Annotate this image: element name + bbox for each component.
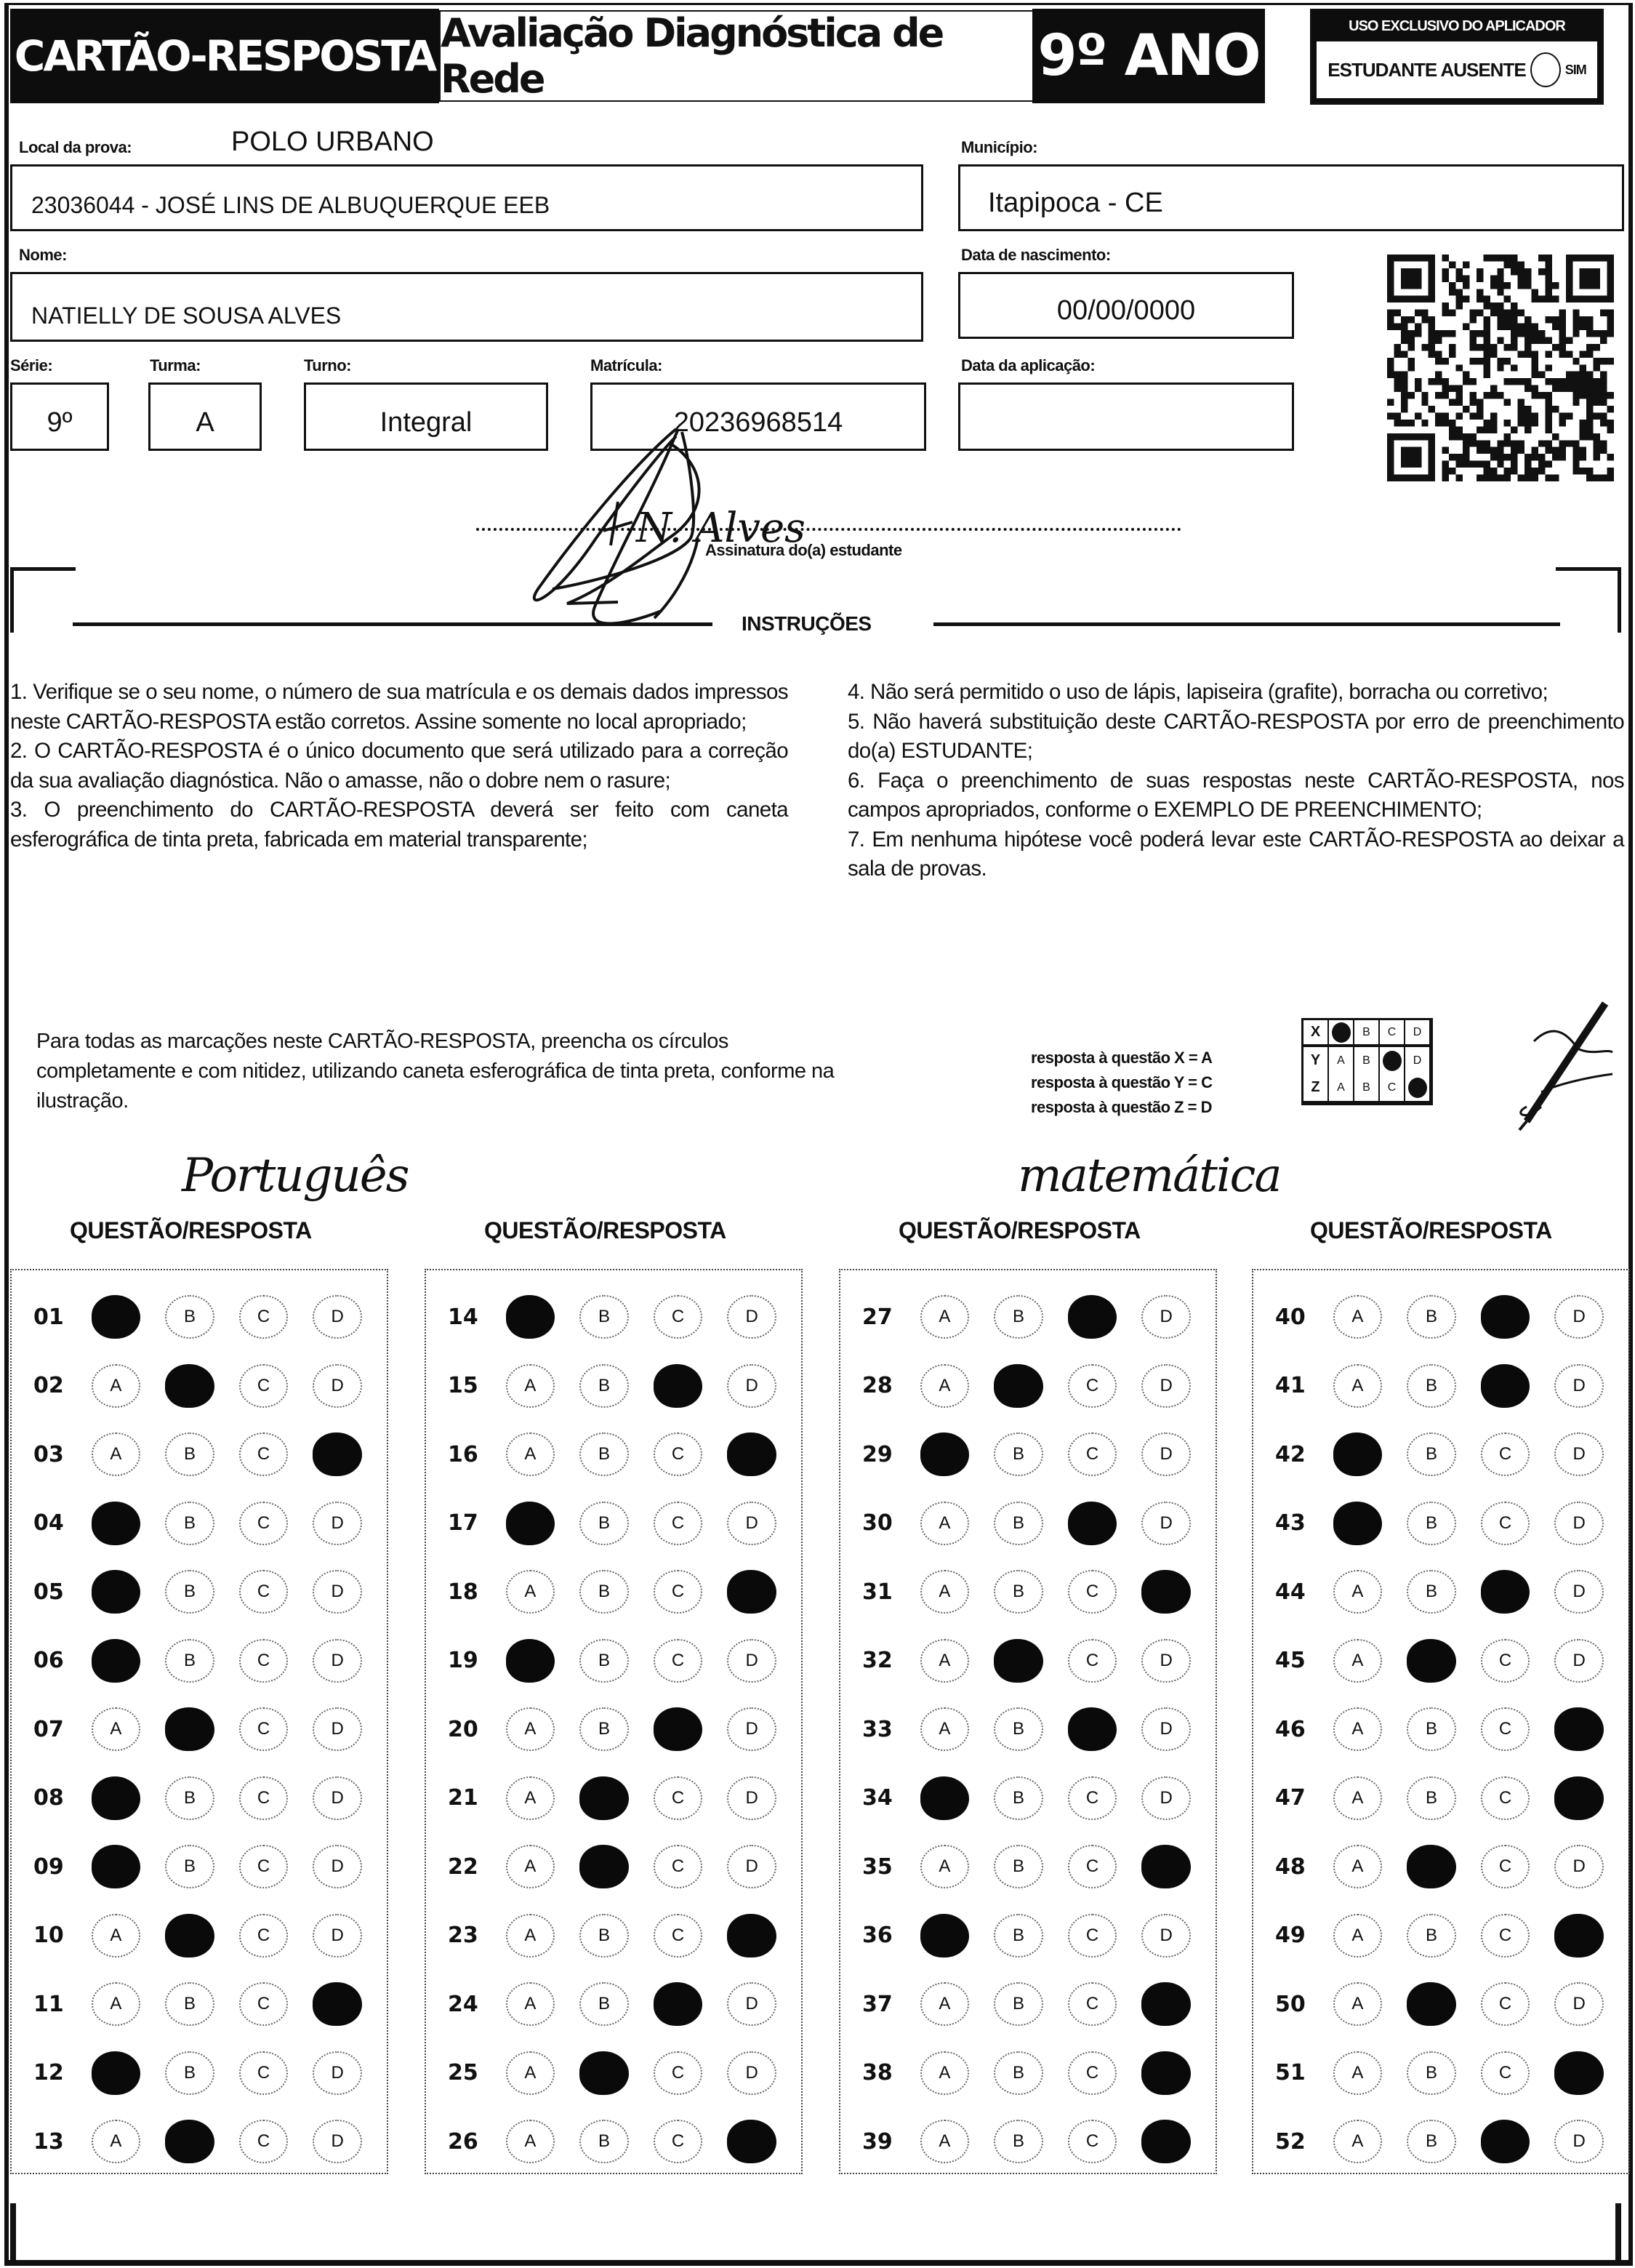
answer-bubble-d[interactable]: D (1554, 2120, 1604, 2163)
question-number: 41 (1253, 1373, 1333, 1398)
answer-bubble-c[interactable]: C (654, 1914, 703, 1958)
answer-bubble-b[interactable]: B (994, 1982, 1043, 2026)
answer-bubble-c[interactable]: C (654, 1295, 703, 1339)
answer-bubble-c[interactable]: C (239, 1982, 289, 2026)
answer-bubble-d[interactable]: D (727, 1570, 776, 1614)
answer-bubble-a[interactable]: A (920, 1432, 970, 1476)
answer-bubble-d[interactable]: D (1554, 1914, 1604, 1958)
answer-bubble-b[interactable]: B (994, 1364, 1043, 1408)
answer-bubble-b[interactable]: B (1407, 1639, 1456, 1683)
question-number: 33 (840, 1717, 920, 1742)
answer-bubble-a[interactable]: A (92, 2051, 141, 2095)
answer-bubble-b[interactable]: B (994, 2120, 1043, 2163)
answer-bubble-d[interactable]: D (727, 1982, 776, 2026)
answer-bubble-c[interactable]: C (239, 1845, 289, 1888)
question-row: 48ABCD (1253, 1845, 1628, 1888)
answer-bubble-c[interactable]: C (239, 1295, 289, 1339)
answer-bubble-d[interactable]: D (1141, 2051, 1191, 2095)
answer-bubble-c[interactable]: C (1068, 1570, 1117, 1614)
question-number: 49 (1253, 1923, 1333, 1948)
answer-bubble-a[interactable]: A (1333, 1432, 1383, 1476)
turma-field: A (148, 382, 262, 451)
answer-bubble-c[interactable]: C (239, 2051, 289, 2095)
question-number: 03 (12, 1442, 92, 1467)
qr-code (1387, 255, 1614, 481)
answer-bubble-a[interactable]: A (920, 1914, 970, 1958)
answer-bubble-b[interactable]: B (579, 1502, 629, 1545)
answer-bubble-b[interactable]: B (165, 1570, 214, 1614)
question-number: 28 (840, 1373, 920, 1398)
answer-bubble-a[interactable]: A (506, 1707, 555, 1751)
answer-bubble-d[interactable]: D (313, 1502, 362, 1545)
answer-bubble-c[interactable]: C (239, 2120, 289, 2163)
answer-bubble-d[interactable]: D (727, 1914, 776, 1958)
answer-bubble-d[interactable]: D (313, 1570, 362, 1614)
example-label-z: resposta à questão Z = D (1031, 1095, 1212, 1120)
answer-bubble-a[interactable]: A (920, 1502, 970, 1545)
answer-bubble-a[interactable]: A (92, 1364, 141, 1408)
municipio-field: Itapipoca - CE (958, 164, 1624, 231)
answer-bubble-a[interactable]: A (92, 1432, 141, 1476)
fill-instructions: Para todas as marcações neste CARTÃO-RES… (36, 1027, 865, 1116)
answer-bubble-c[interactable]: C (1068, 1845, 1117, 1888)
answer-bubble-d[interactable]: D (1141, 1432, 1191, 1476)
answer-bubble-a[interactable]: A (920, 1845, 970, 1888)
answer-bubble-d[interactable]: D (727, 1707, 776, 1751)
example-cell: D (1405, 1020, 1431, 1047)
question-number: 08 (12, 1785, 92, 1811)
answer-bubble-b[interactable]: B (994, 1707, 1043, 1751)
question-row: 26ABCD (426, 2120, 801, 2163)
absent-bubble[interactable] (1530, 52, 1561, 87)
answer-bubble-b[interactable]: B (165, 2120, 214, 2163)
answer-bubble-a[interactable]: A (920, 2051, 970, 2095)
answer-bubble-b[interactable]: B (994, 1295, 1043, 1339)
answer-bubble-a[interactable]: A (92, 1570, 141, 1614)
question-number: 31 (840, 1579, 920, 1605)
instruction-1: 1. Verifique se o seu nome, o número de … (10, 678, 788, 737)
answer-bubble-a[interactable]: A (1333, 1845, 1383, 1888)
question-number: 51 (1253, 2060, 1333, 2085)
answer-bubble-a[interactable]: A (1333, 1295, 1383, 1339)
question-number: 14 (426, 1305, 506, 1330)
answer-bubble-b[interactable]: B (579, 1364, 629, 1408)
answer-bubble-c[interactable]: C (1481, 1707, 1530, 1751)
answer-bubble-c[interactable]: C (1068, 1914, 1117, 1958)
answer-bubble-b[interactable]: B (579, 1776, 629, 1820)
instruction-2: 2. O CARTÃO-RESPOSTA é o único documento… (10, 737, 788, 796)
answer-bubble-a[interactable]: A (1333, 1707, 1383, 1751)
answer-bubble-d[interactable]: D (1554, 1707, 1604, 1751)
answer-bubble-c[interactable]: C (654, 1707, 703, 1751)
instruction-6: 6. Faça o preenchimento de suas resposta… (848, 766, 1624, 825)
answer-bubble-b[interactable]: B (579, 2051, 629, 2095)
answer-bubble-d[interactable]: D (727, 1845, 776, 1888)
answer-bubble-b[interactable]: B (165, 1982, 214, 2026)
answer-bubble-b[interactable]: B (1407, 1570, 1456, 1614)
question-row: 20ABCD (426, 1707, 801, 1751)
answer-bubble-b[interactable]: B (165, 1639, 214, 1683)
answer-bubble-d[interactable]: D (1141, 1845, 1191, 1888)
answer-bubble-d[interactable]: D (313, 1776, 362, 1820)
answer-bubble-d[interactable]: D (1141, 1914, 1191, 1958)
answer-bubble-a[interactable]: A (92, 2120, 141, 2163)
answer-bubble-c[interactable]: C (239, 1707, 289, 1751)
answer-bubble-b[interactable]: B (1407, 1295, 1456, 1339)
answer-bubble-c[interactable]: C (1481, 1502, 1530, 1545)
answer-bubble-c[interactable]: C (1481, 2051, 1530, 2095)
answer-bubble-b[interactable]: B (1407, 1364, 1456, 1408)
corner-mark-bl (10, 2203, 16, 2261)
answer-bubble-a[interactable]: A (506, 1776, 555, 1820)
question-number: 11 (12, 1992, 92, 2017)
answer-bubble-a[interactable]: A (92, 1982, 141, 2026)
answer-bubble-d[interactable]: D (1554, 1982, 1604, 2026)
answer-bubble-b[interactable]: B (994, 1432, 1043, 1476)
answer-bubble-b[interactable]: B (994, 1845, 1043, 1888)
question-row: 06ABCD (12, 1639, 387, 1683)
answer-bubble-b[interactable]: B (994, 1914, 1043, 1958)
answer-bubble-a[interactable]: A (1333, 1639, 1383, 1683)
answer-bubble-c[interactable]: C (1481, 1364, 1530, 1408)
answer-bubble-d[interactable]: D (727, 1432, 776, 1476)
answer-bubble-c[interactable]: C (1481, 1432, 1530, 1476)
answer-bubble-a[interactable]: A (506, 1914, 555, 1958)
answer-bubble-a[interactable]: A (920, 1295, 970, 1339)
answer-bubble-d[interactable]: D (1554, 2051, 1604, 2095)
answer-bubble-b[interactable]: B (579, 1639, 629, 1683)
question-row: 45ABCD (1253, 1639, 1628, 1683)
serie-field: 9º (10, 382, 109, 451)
answer-bubble-d[interactable]: D (1141, 1776, 1191, 1820)
column-header-2: QUESTÃO/RESPOSTA (484, 1217, 726, 1244)
question-row: 13ABCD (12, 2120, 387, 2163)
answer-bubble-c[interactable]: C (1068, 1639, 1117, 1683)
absent-option-label: SIM (1565, 63, 1586, 78)
answer-bubble-a[interactable]: A (920, 1639, 970, 1683)
answer-bubble-c[interactable]: C (1481, 1570, 1530, 1614)
answer-bubble-a[interactable]: A (920, 1364, 970, 1408)
answer-bubble-d[interactable]: D (1554, 1295, 1604, 1339)
serie-label: Série: (10, 356, 52, 375)
answer-bubble-d[interactable]: D (727, 1364, 776, 1408)
matricula-label: Matrícula: (590, 356, 662, 375)
instructions-left: 1. Verifique se o seu nome, o número de … (10, 678, 788, 854)
answer-bubble-c[interactable]: C (239, 1570, 289, 1614)
answer-bubble-c[interactable]: C (1481, 1295, 1530, 1339)
example-cell: B (1354, 1047, 1380, 1074)
nome-label: Nome: (19, 246, 67, 265)
answer-bubble-b[interactable]: B (165, 1432, 214, 1476)
question-row: 04ABCD (12, 1502, 387, 1545)
answer-bubble-c[interactable]: C (1481, 1982, 1530, 2026)
question-number: 43 (1253, 1510, 1333, 1536)
question-row: 44ABCD (1253, 1570, 1628, 1614)
answer-bubble-b[interactable]: B (165, 1845, 214, 1888)
answer-bubble-a[interactable]: A (1333, 2051, 1383, 2095)
answer-bubble-b[interactable]: B (994, 1639, 1043, 1683)
answer-bubble-c[interactable]: C (1481, 1639, 1530, 1683)
signature-caption: Assinatura do(a) estudante (705, 541, 902, 560)
answer-bubble-a[interactable]: A (920, 1982, 970, 2026)
aplicador-box: USO EXCLUSIVO DO APLICADOR ESTUDANTE AUS… (1310, 9, 1604, 105)
turma-label: Turma: (150, 356, 201, 375)
answer-bubble-c[interactable]: C (1068, 1432, 1117, 1476)
answer-bubble-c[interactable]: C (1068, 1295, 1117, 1339)
question-row: 43ABCD (1253, 1502, 1628, 1545)
answer-bubble-d[interactable]: D (1141, 1639, 1191, 1683)
answer-bubble-a[interactable]: A (506, 1295, 555, 1339)
column-header-4: QUESTÃO/RESPOSTA (1310, 1217, 1552, 1244)
answer-bubble-b[interactable]: B (579, 1570, 629, 1614)
answer-bubble-b[interactable]: B (579, 1432, 629, 1476)
corner-mark-br (1615, 2203, 1621, 2261)
answer-bubble-a[interactable]: A (920, 2120, 970, 2163)
answer-bubble-d[interactable]: D (727, 2120, 776, 2163)
answer-bubble-a[interactable]: A (1333, 2120, 1383, 2163)
question-row: 35ABCD (840, 1845, 1216, 1888)
answer-bubble-a[interactable]: A (1333, 1914, 1383, 1958)
answer-bubble-c[interactable]: C (654, 2120, 703, 2163)
answer-bubble-b[interactable]: B (165, 1295, 214, 1339)
answer-bubble-a[interactable]: A (92, 1295, 141, 1339)
answer-bubble-a[interactable]: A (92, 1707, 141, 1751)
answer-bubble-d[interactable]: D (313, 1845, 362, 1888)
signature-line (476, 528, 1181, 531)
question-row: 51ABCD (1253, 2051, 1628, 2095)
nascimento-field: 00/00/0000 (958, 272, 1294, 339)
answer-bubble-d[interactable]: D (727, 2051, 776, 2095)
answer-bubble-a[interactable]: A (1333, 1364, 1383, 1408)
answer-bubble-d[interactable]: D (313, 2120, 362, 2163)
answer-bubble-a[interactable]: A (1333, 1502, 1383, 1545)
answer-bubble-d[interactable]: D (1141, 1295, 1191, 1339)
answer-bubble-d[interactable]: D (1554, 1502, 1604, 1545)
instruction-4: 4. Não será permitido o uso de lápis, la… (848, 678, 1624, 708)
answer-bubble-b[interactable]: B (579, 1914, 629, 1958)
example-label-y: resposta à questão Y = C (1031, 1070, 1212, 1095)
answer-bubble-b[interactable]: B (579, 1845, 629, 1888)
answer-bubble-b[interactable]: B (165, 2051, 214, 2095)
question-row: 22ABCD (426, 1845, 801, 1888)
answer-bubble-c[interactable]: C (654, 1364, 703, 1408)
answer-bubble-c[interactable]: C (1481, 1914, 1530, 1958)
column-header-3: QUESTÃO/RESPOSTA (899, 1217, 1141, 1244)
answer-bubble-c[interactable]: C (239, 1432, 289, 1476)
answer-bubble-b[interactable]: B (165, 1364, 214, 1408)
question-number: 21 (426, 1785, 506, 1811)
answer-bubble-d[interactable]: D (727, 1776, 776, 1820)
answer-bubble-c[interactable]: C (239, 1364, 289, 1408)
answer-bubble-d[interactable]: D (1554, 1845, 1604, 1888)
answer-bubble-c[interactable]: C (654, 1776, 703, 1820)
answer-bubble-d[interactable]: D (313, 1707, 362, 1751)
answer-bubble-b[interactable]: B (579, 1707, 629, 1751)
answer-bubble-d[interactable]: D (1554, 1364, 1604, 1408)
answer-bubble-a[interactable]: A (506, 1570, 555, 1614)
answer-bubble-c[interactable]: C (239, 1502, 289, 1545)
answer-bubble-b[interactable]: B (1407, 1914, 1456, 1958)
question-row: 10ABCD (12, 1914, 387, 1958)
question-row: 50ABCD (1253, 1982, 1628, 2026)
answer-bubble-b[interactable]: B (579, 1982, 629, 2026)
answer-bubble-c[interactable]: C (654, 1570, 703, 1614)
question-row: 29ABCD (840, 1432, 1216, 1476)
answer-bubble-c[interactable]: C (654, 1639, 703, 1683)
question-number: 22 (426, 1854, 506, 1880)
answer-bubble-b[interactable]: B (165, 1707, 214, 1751)
question-row: 16ABCD (426, 1432, 801, 1476)
question-row: 30ABCD (840, 1502, 1216, 1545)
example-filled-bubble (1408, 1078, 1427, 1098)
example-row-key: Y (1303, 1047, 1329, 1074)
answer-bubble-a[interactable]: A (92, 1845, 141, 1888)
answer-bubble-a[interactable]: A (506, 1639, 555, 1683)
answer-bubble-c[interactable]: C (1068, 1502, 1117, 1545)
answer-bubble-c[interactable]: C (1068, 1707, 1117, 1751)
answer-bubble-b[interactable]: B (1407, 2120, 1456, 2163)
answer-bubble-b[interactable]: B (1407, 2051, 1456, 2095)
answer-bubble-b[interactable]: B (165, 1502, 214, 1545)
answer-bubble-a[interactable]: A (506, 1845, 555, 1888)
answer-bubble-d[interactable]: D (313, 1982, 362, 2026)
question-number: 05 (12, 1579, 92, 1605)
answer-bubble-d[interactable]: D (313, 1639, 362, 1683)
answer-bubble-c[interactable]: C (1481, 2120, 1530, 2163)
answer-bubble-d[interactable]: D (313, 1914, 362, 1958)
answer-bubble-a[interactable]: A (92, 1914, 141, 1958)
answer-bubble-a[interactable]: A (1333, 1776, 1383, 1820)
question-number: 35 (840, 1854, 920, 1880)
answer-bubble-b[interactable]: B (165, 1914, 214, 1958)
question-row: 42ABCD (1253, 1432, 1628, 1476)
answer-bubble-d[interactable]: D (1554, 1776, 1604, 1820)
answer-bubble-a[interactable]: A (506, 1982, 555, 2026)
local-label: Local da prova: (19, 138, 132, 157)
answer-bubble-c[interactable]: C (239, 1639, 289, 1683)
answer-bubble-b[interactable]: B (1407, 1432, 1456, 1476)
answer-bubble-d[interactable]: D (1141, 1570, 1191, 1614)
answer-bubble-a[interactable]: A (92, 1639, 141, 1683)
question-number: 02 (12, 1373, 92, 1398)
instructions-rule-right (933, 622, 1560, 626)
instructions-rule-left (73, 622, 712, 626)
answer-bubble-a[interactable]: A (506, 1502, 555, 1545)
answer-bubble-d[interactable]: D (1141, 1707, 1191, 1751)
answer-bubble-d[interactable]: D (727, 1502, 776, 1545)
answer-bubble-d[interactable]: D (1554, 1570, 1604, 1614)
answer-bubble-a[interactable]: A (506, 1364, 555, 1408)
example-row-key: X (1303, 1020, 1329, 1047)
local-value: POLO URBANO (231, 127, 434, 158)
answer-bubble-b[interactable]: B (994, 1502, 1043, 1545)
answer-bubble-b[interactable]: B (994, 1570, 1043, 1614)
question-number: 04 (12, 1510, 92, 1536)
answer-bubble-b[interactable]: B (1407, 1776, 1456, 1820)
question-row: 49ABCD (1253, 1914, 1628, 1958)
answer-bubble-d[interactable]: D (1141, 1502, 1191, 1545)
school-field: 23036044 - JOSÉ LINS DE ALBUQUERQUE EEB (10, 164, 923, 231)
answer-bubble-c[interactable]: C (1068, 1364, 1117, 1408)
answer-bubble-d[interactable]: D (313, 2051, 362, 2095)
answer-bubble-c[interactable]: C (239, 1914, 289, 1958)
question-number: 26 (426, 2129, 506, 2155)
answer-bubble-c[interactable]: C (1068, 1982, 1117, 2026)
example-cell: D (1405, 1047, 1431, 1074)
answer-bubble-d[interactable]: D (1554, 1639, 1604, 1683)
question-number: 23 (426, 1923, 506, 1948)
answer-bubble-a[interactable]: A (506, 2051, 555, 2095)
question-number: 16 (426, 1442, 506, 1467)
answer-bubble-c[interactable]: C (654, 1432, 703, 1476)
answer-bubble-a[interactable]: A (920, 1776, 970, 1820)
answer-bubble-c[interactable]: C (1068, 1776, 1117, 1820)
example-cell: A (1329, 1047, 1354, 1074)
exam-title: Avaliação Diagnóstica de Rede (439, 10, 1035, 102)
answer-bubble-c[interactable]: C (1481, 1845, 1530, 1888)
answer-bubble-d[interactable]: D (1141, 1364, 1191, 1408)
answer-bubble-a[interactable]: A (920, 1570, 970, 1614)
answer-bubble-c[interactable]: C (1481, 1776, 1530, 1820)
answer-bubble-d[interactable]: D (727, 1295, 776, 1339)
answer-bubble-d[interactable]: D (1141, 2120, 1191, 2163)
answer-bubble-b[interactable]: B (1407, 1845, 1456, 1888)
answer-bubble-c[interactable]: C (654, 1982, 703, 2026)
question-row: 19ABCD (426, 1639, 801, 1683)
question-number: 20 (426, 1717, 506, 1742)
matricula-field: 20236968514 (590, 382, 926, 451)
answer-bubble-b[interactable]: B (579, 2120, 629, 2163)
answer-bubble-a[interactable]: A (1333, 1982, 1383, 2026)
answer-bubble-b[interactable]: B (165, 1776, 214, 1820)
instruction-3: 3. O preenchimento do CARTÃO-RESPOSTA de… (10, 796, 788, 854)
answer-bubble-b[interactable]: B (579, 1295, 629, 1339)
aplicacao-field[interactable] (958, 382, 1294, 451)
answer-bubble-d[interactable]: D (727, 1639, 776, 1683)
answer-bubble-a[interactable]: A (92, 1776, 141, 1820)
answer-bubble-b[interactable]: B (994, 1776, 1043, 1820)
column-header-1: QUESTÃO/RESPOSTA (70, 1217, 312, 1244)
answer-bubble-b[interactable]: B (1407, 1982, 1456, 2026)
absent-label: ESTUDANTE AUSENTE (1327, 59, 1525, 81)
example-cell-marked (1329, 1020, 1354, 1047)
answer-bubble-c[interactable]: C (1068, 2051, 1117, 2095)
answer-bubble-a[interactable]: A (1333, 1570, 1383, 1614)
answer-bubble-c[interactable]: C (239, 1776, 289, 1820)
answer-bubble-c[interactable]: C (654, 2051, 703, 2095)
card-title: CARTÃO-RESPOSTA (10, 9, 439, 103)
answer-bubble-d[interactable]: D (313, 1364, 362, 1408)
answer-bubble-b[interactable]: B (994, 2051, 1043, 2095)
question-number: 07 (12, 1717, 92, 1742)
answer-bubble-a[interactable]: A (506, 1432, 555, 1476)
answer-bubble-d[interactable]: D (1554, 1432, 1604, 1476)
question-row: 34ABCD (840, 1776, 1216, 1820)
answer-bubble-c[interactable]: C (654, 1845, 703, 1888)
answer-bubble-c[interactable]: C (654, 1502, 703, 1545)
answer-bubble-b[interactable]: B (1407, 1502, 1456, 1545)
question-number: 46 (1253, 1717, 1333, 1742)
answer-bubble-d[interactable]: D (313, 1432, 362, 1476)
answer-bubble-a[interactable]: A (92, 1502, 141, 1545)
question-row: 01ABCD (12, 1295, 387, 1339)
answer-bubble-a[interactable]: A (506, 2120, 555, 2163)
answer-bubble-b[interactable]: B (1407, 1707, 1456, 1751)
answer-bubble-a[interactable]: A (920, 1707, 970, 1751)
answer-bubble-c[interactable]: C (1068, 2120, 1117, 2163)
answer-bubble-d[interactable]: D (1141, 1982, 1191, 2026)
answer-bubble-d[interactable]: D (313, 1295, 362, 1339)
